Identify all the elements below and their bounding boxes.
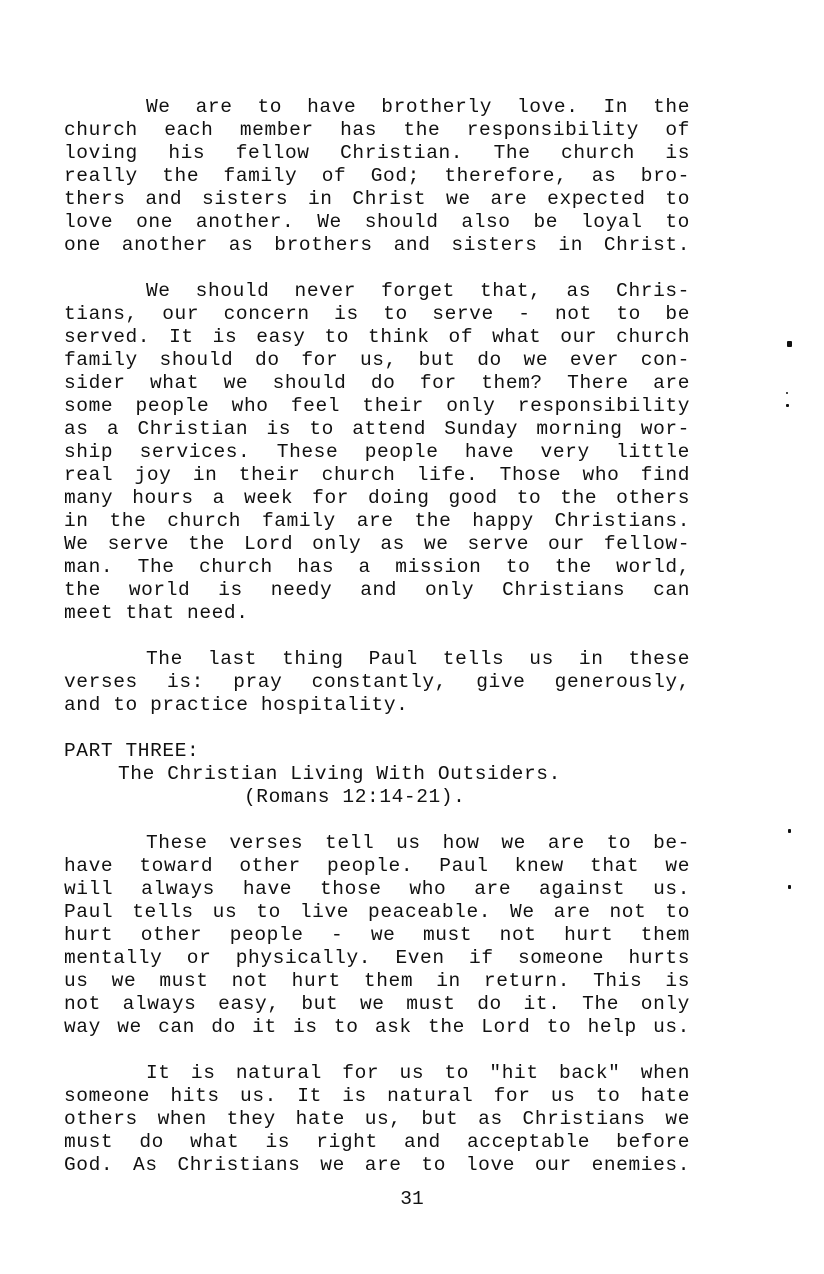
text-line: sider what we should do for them? There … — [64, 372, 690, 395]
text-line: We serve the Lord only as we serve our f… — [64, 533, 690, 556]
text-line: many hours a week for doing good to the … — [64, 487, 690, 510]
scan-speck — [788, 885, 791, 889]
scan-speck — [787, 341, 792, 347]
document-page: We are to have brotherly love. In the ch… — [64, 96, 690, 1177]
text-line: one another as brothers and sisters in C… — [64, 234, 690, 257]
text-line: Paul tells us to live peaceable. We are … — [64, 901, 690, 924]
text-line: in the church family are the happy Chris… — [64, 510, 690, 533]
text-line: must do what is right and acceptable bef… — [64, 1131, 690, 1154]
text-line: tians, our concern is to serve - not to … — [64, 303, 690, 326]
text-line: as a Christian is to attend Sunday morni… — [64, 418, 690, 441]
text-line: love one another. We should also be loya… — [64, 211, 690, 234]
text-line: served. It is easy to think of what our … — [64, 326, 690, 349]
text-line: man. The church has a mission to the wor… — [64, 556, 690, 579]
text-line: mentally or physically. Even if someone … — [64, 947, 690, 970]
paragraph-behave: These verses tell us how we are to be- h… — [64, 832, 690, 1039]
text-line: meet that need. — [64, 602, 690, 625]
paragraph-last-thing: The last thing Paul tells us in these ve… — [64, 648, 690, 717]
text-line: have toward other people. Paul knew that… — [64, 855, 690, 878]
text-line: thers and sisters in Christ we are expec… — [64, 188, 690, 211]
text-line: verses is: pray constantly, give generou… — [64, 671, 690, 694]
text-line: We are to have brotherly love. In the — [64, 96, 690, 119]
text-line: some people who feel their only responsi… — [64, 395, 690, 418]
text-line: way we can do it is to ask the Lord to h… — [64, 1016, 690, 1039]
text-line: The last thing Paul tells us in these — [64, 648, 690, 671]
text-line: not always easy, but we must do it. The … — [64, 993, 690, 1016]
section-label: PART THREE: — [64, 740, 690, 763]
text-line: us we must not hurt them in return. This… — [64, 970, 690, 993]
paragraph-brotherly-love: We are to have brotherly love. In the ch… — [64, 96, 690, 257]
text-line: hurt other people - we must not hurt the… — [64, 924, 690, 947]
text-line: ship services. These people have very li… — [64, 441, 690, 464]
text-line: It is natural for us to "hit back" when — [64, 1062, 690, 1085]
text-line: others when they hate us, but as Christi… — [64, 1108, 690, 1131]
page-number: 31 — [0, 1188, 824, 1210]
text-line: someone hits us. It is natural for us to… — [64, 1085, 690, 1108]
text-line: loving his fellow Christian. The church … — [64, 142, 690, 165]
text-line: will always have those who are against u… — [64, 878, 690, 901]
paragraph-hit-back: It is natural for us to "hit back" when … — [64, 1062, 690, 1177]
paragraph-serve: We should never forget that, as Chris- t… — [64, 280, 690, 625]
text-line: the world is needy and only Christians c… — [64, 579, 690, 602]
text-line: church each member has the responsibilit… — [64, 119, 690, 142]
scripture-reference: (Romans 12:14-21). — [64, 786, 690, 809]
text-line: and to practice hospitality. — [64, 694, 690, 717]
text-line: We should never forget that, as Chris- — [64, 280, 690, 303]
scan-speck — [786, 392, 788, 394]
scan-speck — [788, 829, 791, 833]
text-line: God. As Christians we are to love our en… — [64, 1154, 690, 1177]
text-line: These verses tell us how we are to be- — [64, 832, 690, 855]
text-line: real joy in their church life. Those who… — [64, 464, 690, 487]
section-title: The Christian Living With Outsiders. — [64, 763, 690, 786]
scan-speck — [786, 404, 789, 407]
section-heading-block: PART THREE: The Christian Living With Ou… — [64, 740, 690, 809]
text-line: really the family of God; therefore, as … — [64, 165, 690, 188]
text-line: family should do for us, but do we ever … — [64, 349, 690, 372]
